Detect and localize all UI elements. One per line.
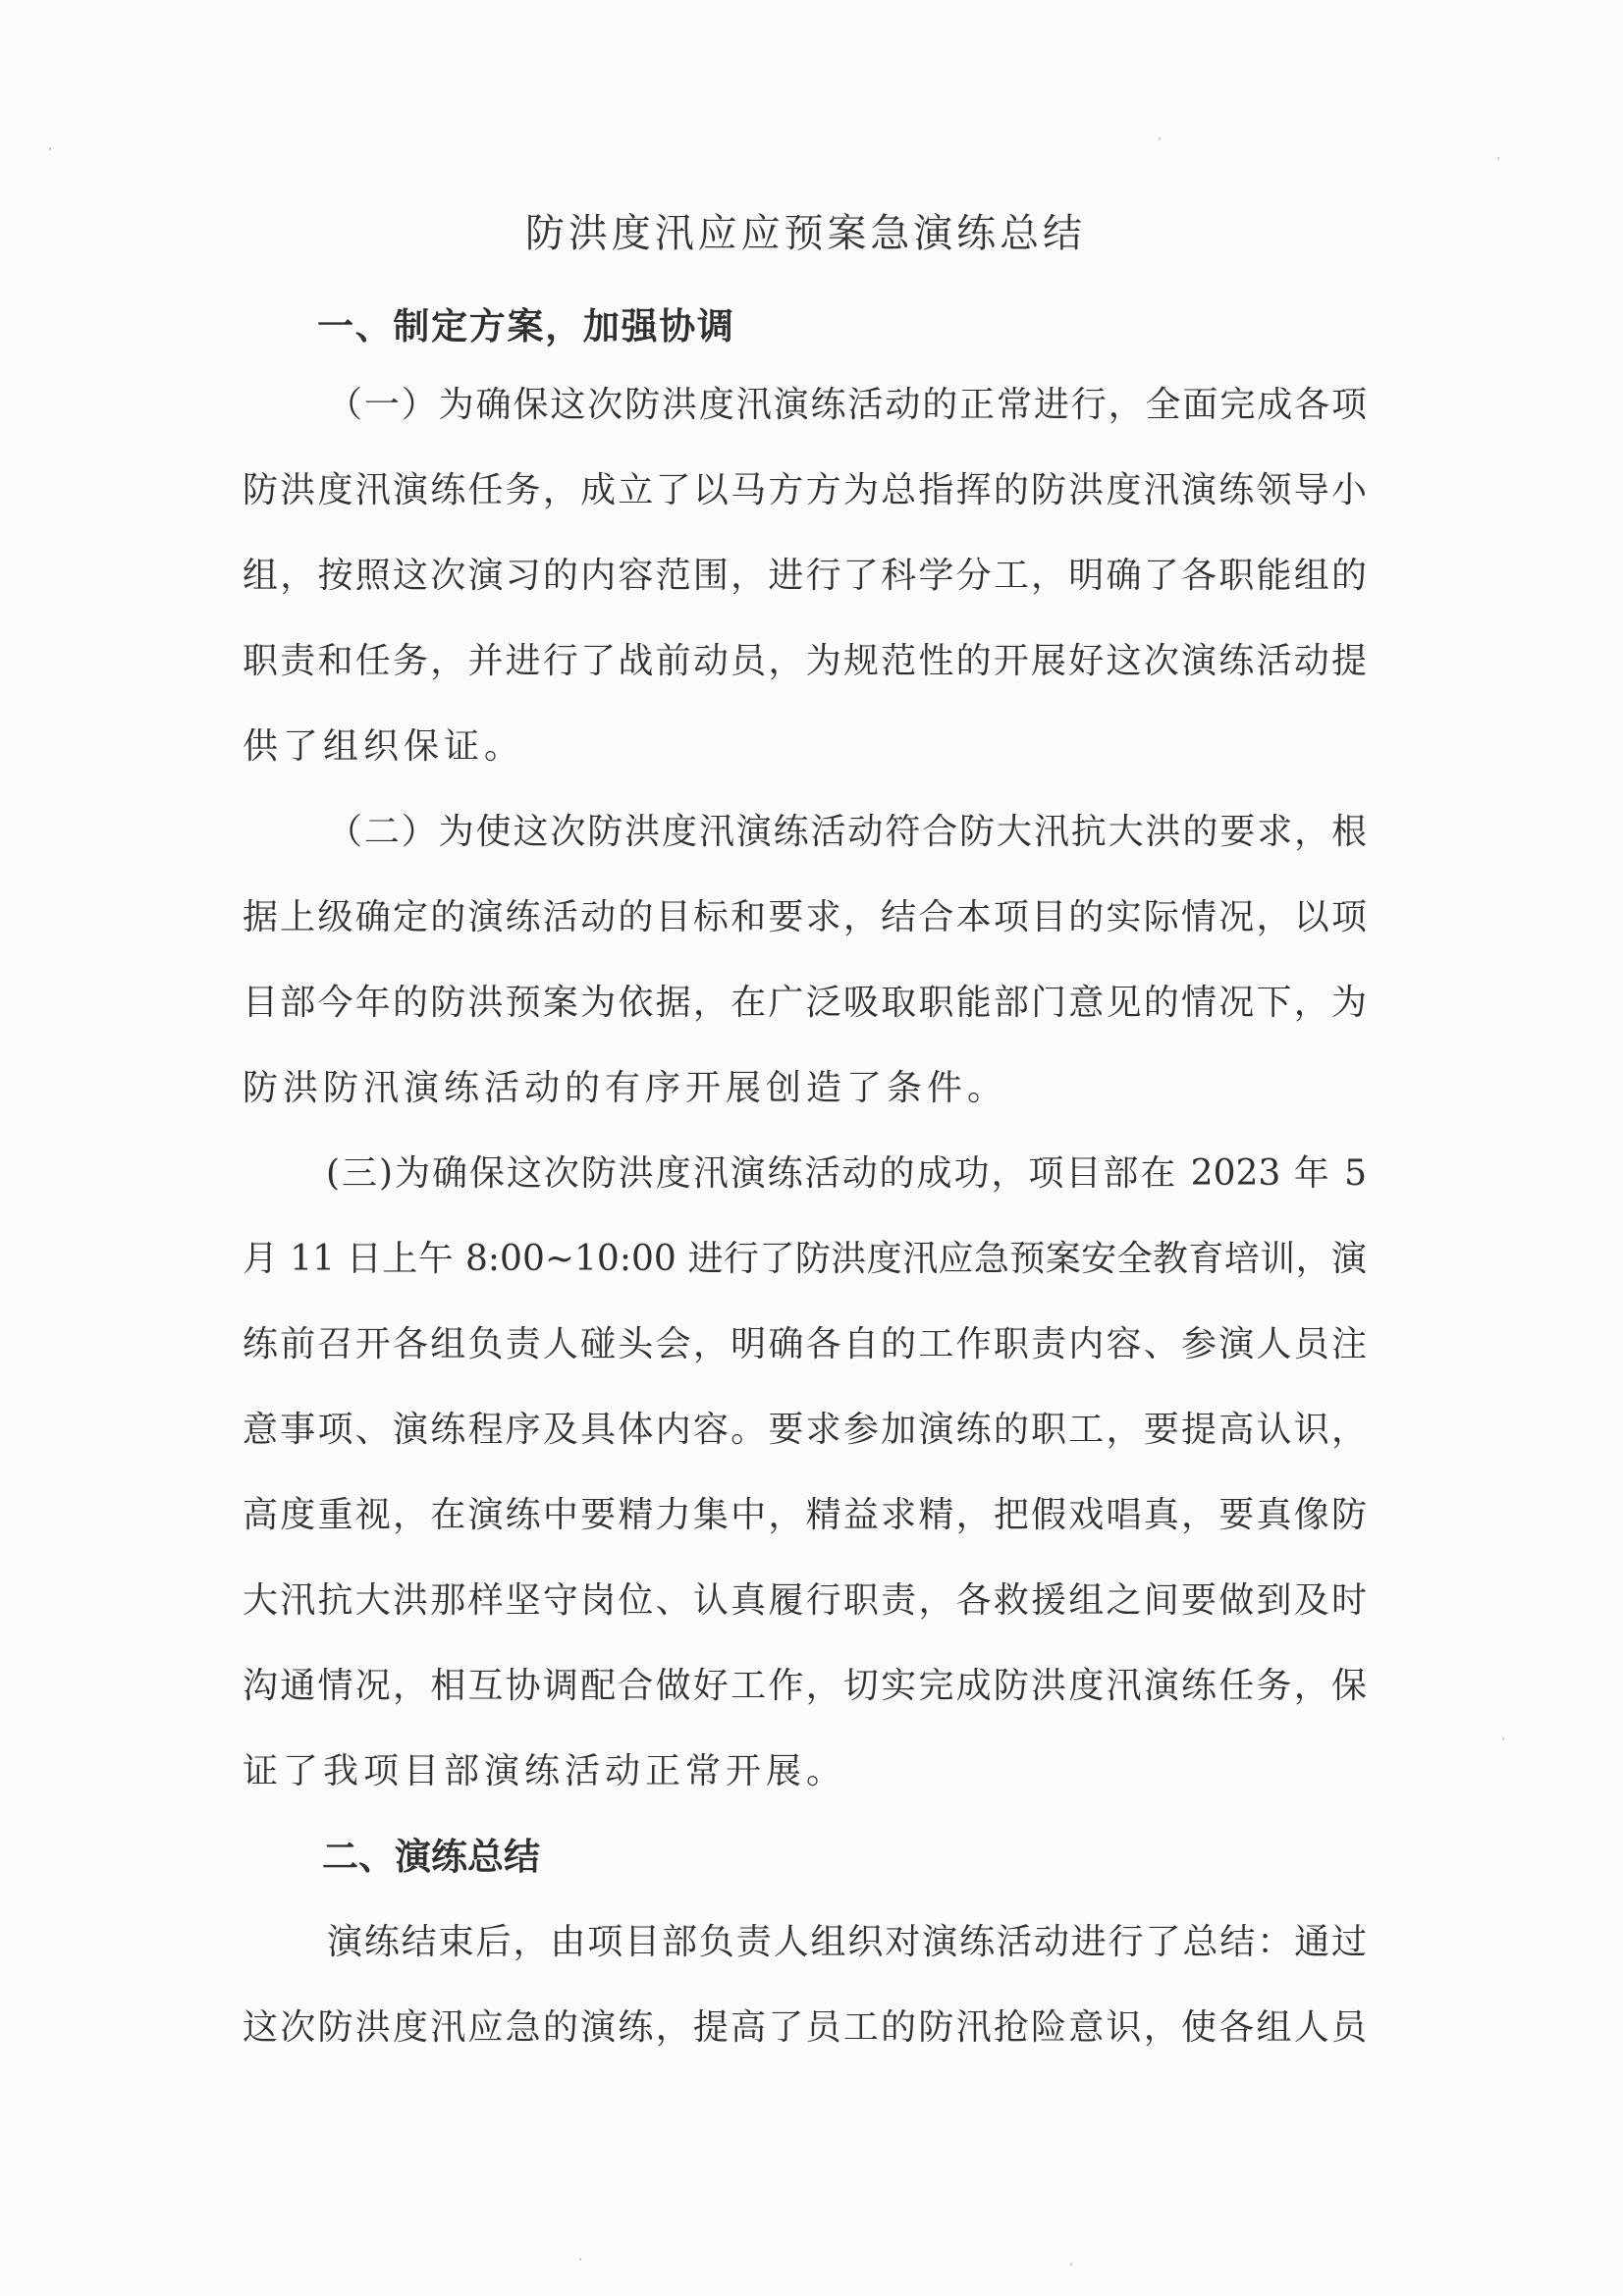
paragraph-2-line-3: 目部今年的防洪预案为依据，在广泛吸取职能部门意见的情况下，为 bbox=[243, 982, 1367, 1025]
scan-speck bbox=[579, 2258, 581, 2261]
paragraph-4-line-1: 演练结束后，由项目部负责人组织对演练活动进行了总结：通过 bbox=[327, 1921, 1367, 1964]
paragraph-3-line-3: 练前召开各组负责人碰头会，明确各自的工作职责内容、参演人员注 bbox=[243, 1323, 1367, 1366]
paragraph-3-line-6: 大汛抗大洪那样坚守岗位、认真履行职责，各救援组之间要做到及时 bbox=[243, 1579, 1367, 1623]
paragraph-1-line-1: （一）为确保这次防洪度汛演练活动的正常进行，全面完成各项 bbox=[327, 384, 1367, 427]
paragraph-3-line-5: 高度重视，在演练中要精力集中，精益求精，把假戏唱真，要真像防 bbox=[243, 1494, 1367, 1537]
paragraph-3-line-7: 沟通情况，相互协调配合做好工作，切实完成防洪度汛演练任务，保 bbox=[243, 1665, 1367, 1708]
paragraph-2-line-2: 据上级确定的演练活动的目标和要求，结合本项目的实际情况，以项 bbox=[243, 896, 1367, 939]
paragraph-3-line-2: 月 11 日上午 8:00~10:00 进行了防洪度汛应急预案安全教育培训，演 bbox=[243, 1238, 1367, 1281]
document-title: 防洪度汛应应预案急演练总结 bbox=[525, 210, 1082, 257]
paragraph-3-line-8: 证了我项目部演练活动正常开展。 bbox=[243, 1750, 1367, 1793]
scan-speck bbox=[1159, 137, 1161, 140]
scan-speck bbox=[1502, 1737, 1504, 1740]
paragraph-3-line-4: 意事项、演练程序及具体内容。要求参加演练的职工，要提高认识， bbox=[243, 1409, 1367, 1452]
section-heading-1: 一、制定方案，加强协调 bbox=[317, 304, 733, 347]
section-heading-2: 二、演练总结 bbox=[322, 1835, 532, 1878]
paragraph-2-line-1: （二）为使这次防洪度汛演练活动符合防大汛抗大洪的要求，根 bbox=[327, 811, 1367, 854]
paragraph-1-line-5: 供了组织保证。 bbox=[243, 725, 1367, 769]
scan-speck bbox=[49, 147, 51, 150]
paragraph-1-line-2: 防洪度汛演练任务，成立了以马方方为总指挥的防洪度汛演练领导小 bbox=[243, 469, 1367, 512]
scan-speck bbox=[1070, 2263, 1072, 2266]
scan-speck bbox=[1497, 157, 1499, 160]
paragraph-4-line-2: 这次防洪度汛应急的演练，提高了员工的防汛抢险意识，使各组人员 bbox=[243, 2006, 1367, 2050]
paragraph-1-line-4: 职责和任务，并进行了战前动员，为规范性的开展好这次演练活动提 bbox=[243, 640, 1367, 683]
document-page: 防洪度汛应应预案急演练总结 一、制定方案，加强协调 （一）为确保这次防洪度汛演练… bbox=[0, 0, 1623, 2296]
paragraph-2-line-4: 防洪防汛演练活动的有序开展创造了条件。 bbox=[243, 1067, 1367, 1110]
paragraph-3-line-1: (三)为确保这次防洪度汛演练活动的成功，项目部在 2023 年 5 bbox=[326, 1152, 1367, 1196]
paragraph-1-line-3: 组，按照这次演习的内容范围，进行了科学分工，明确了各职能组的 bbox=[243, 555, 1367, 598]
